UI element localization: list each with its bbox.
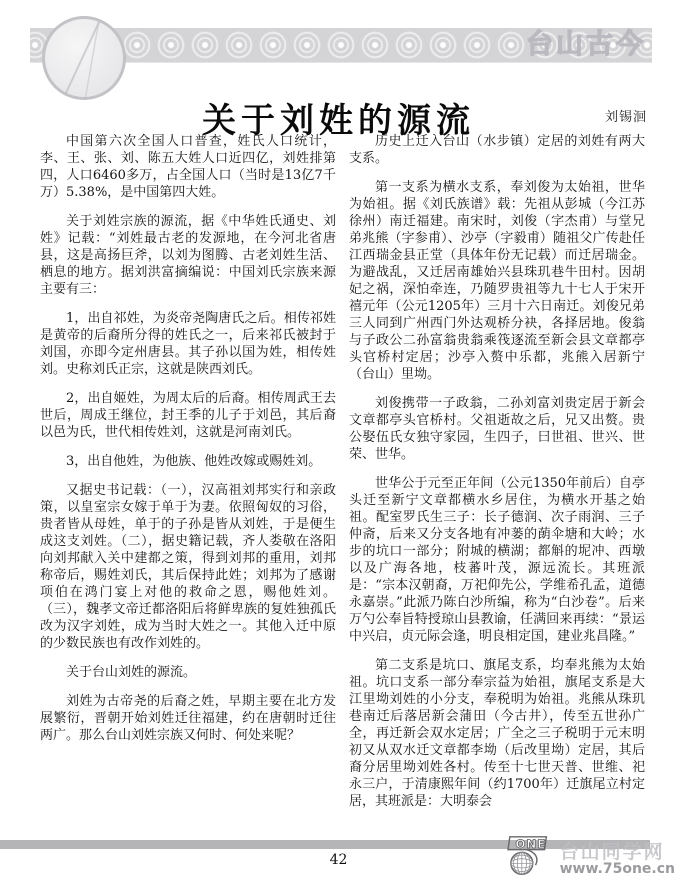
watermark-site-name: 台山同学网 <box>560 843 665 861</box>
paragraph-two-branches: 历史上迁入台山（水步镇）定居的刘姓有两大支系。 <box>349 133 645 167</box>
paragraph-census: 中国第六次全国人口普查，姓氏人口统计，李、王、张、刘、陈五大姓人口近四亿，刘姓排… <box>40 133 336 201</box>
one-globe-logo-icon: ONE <box>499 834 556 878</box>
paragraph-history-records: 又据史书记载：（一），汉高祖刘邦实行和亲政策，以皇室宗女嫁于单于为妻。依照匈奴的… <box>40 482 336 652</box>
paragraph-second-branch: 第二支系是坑口、旗尾支系，均奉兆熊为太始祖。坑口支系一部分奉宗益为始祖，旗尾支系… <box>349 657 645 810</box>
paragraph-origin-3: 3，出自他姓，为他族、他姓改嫁或赐姓刘。 <box>40 453 336 470</box>
paragraph-taishan-intro: 刘姓为古帝尧的后裔之姓，早期主要在北方发展繁衍，晋朝开始刘姓迁往福建，约在唐朝时… <box>40 693 336 744</box>
paragraph-first-branch: 第一支系为横水支系，奉刘俊为太始祖，世华为始祖。据《刘氏族谱》载：先祖从彭城（今… <box>349 179 645 383</box>
site-watermark: ONE 台山同学网 www.75one.cn <box>499 834 675 878</box>
svg-text:ONE: ONE <box>515 837 546 851</box>
left-column: 中国第六次全国人口普查，姓氏人口统计，李、王、张、刘、陈五大姓人口近四亿，刘姓排… <box>40 133 336 822</box>
paragraph-liu-jun-family: 刘俊携带一子政翁，二孙刘富刘贵定居于新会文章都亭头官桥村。父祖逝故之后，兄又出赘… <box>349 395 645 463</box>
paragraph-taishan-heading: 关于台山刘姓的源流。 <box>40 664 336 681</box>
watermark-url: www.75one.cn <box>560 861 675 878</box>
paragraph-shihua-lineage: 世华公于元至正年间（公元1350年前后）自亭头迁至新宁文章都横水乡居住，为横水开… <box>349 475 645 645</box>
article-body: 中国第六次全国人口普查，姓氏人口统计，李、王、张、刘、陈五大姓人口近四亿，刘姓排… <box>40 133 646 822</box>
paragraph-origin-2: 2，出自姬姓，为周太后的后裔。相传周武王去世后，周成王继位，封王季的儿子于刘邑，… <box>40 390 336 441</box>
paragraph-origin-1: 1，出自祁姓，为炎帝尧陶唐氏之后。相传祁姓是黄帝的后裔所分得的姓氏之一，后来祁氏… <box>40 310 336 378</box>
author-name: 刘锡洄 <box>605 106 647 125</box>
circular-seal-stamp <box>42 16 126 100</box>
watermark-text-block: 台山同学网 www.75one.cn <box>560 843 675 878</box>
right-column: 历史上迁入台山（水步镇）定居的刘姓有两大支系。 第一支系为横水支系，奉刘俊为太始… <box>349 133 645 822</box>
paragraph-origin-intro: 关于刘姓宗族的源流，据《中华姓氏通史、刘姓》记载：“刘姓最古老的发源地，在今河北… <box>40 213 336 298</box>
masthead-label: 台山古今 <box>526 28 646 62</box>
